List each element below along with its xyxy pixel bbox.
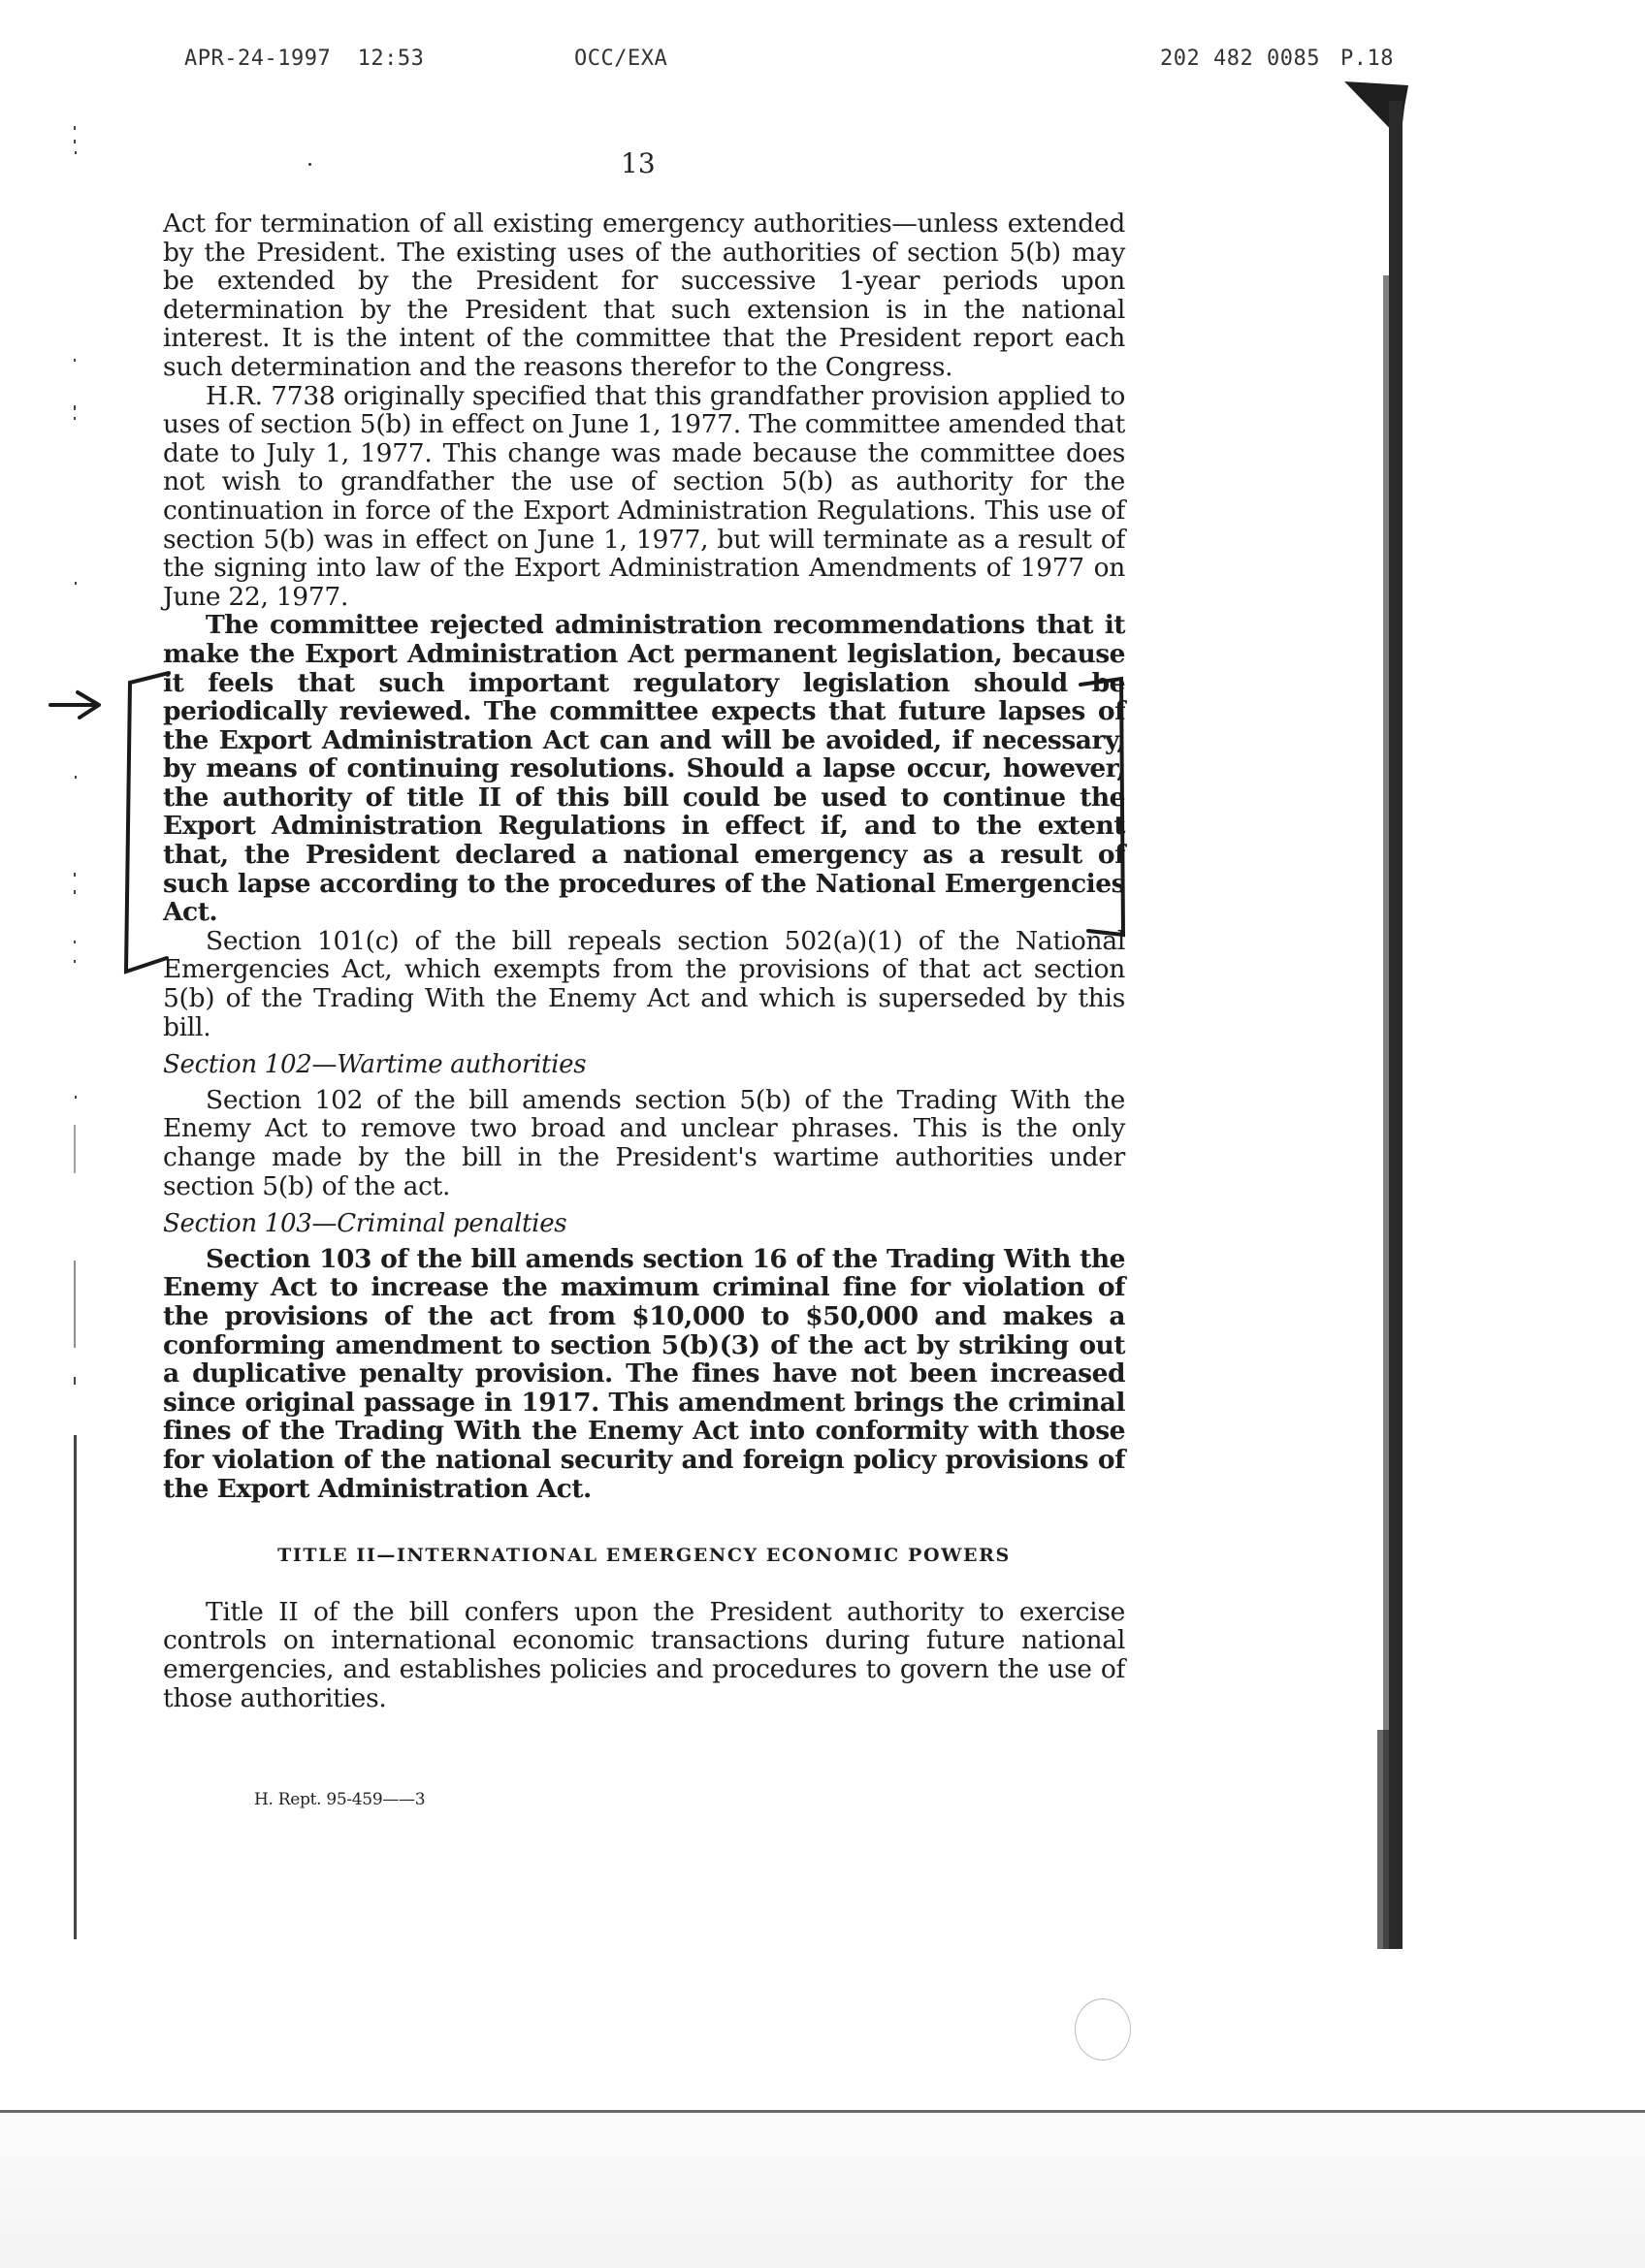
fax-datetime: APR-24-1997 12:53 — [184, 47, 424, 71]
section-heading: Section 103—Criminal penalties — [163, 1210, 1125, 1239]
fax-header: APR-24-1997 12:53 OCC/EXA 202 482 0085 P… — [0, 47, 1645, 76]
scanner-background — [0, 2113, 1645, 2268]
paragraph: Title II of the bill confers upon the Pr… — [163, 1598, 1125, 1712]
page-number: 13 — [621, 147, 654, 179]
paragraph: Section 102 of the bill amends section 5… — [163, 1086, 1125, 1200]
document-body: Act for termination of all existing emer… — [163, 209, 1125, 1712]
speck — [308, 163, 311, 166]
title-heading: TITLE II—INTERNATIONAL EMERGENCY ECONOMI… — [163, 1542, 1125, 1571]
paragraph: H.R. 7738 originally specified that this… — [163, 382, 1125, 612]
paragraph: Section 101(c) of the bill repeals secti… — [163, 927, 1125, 1041]
section-heading: Section 102—Wartime authorities — [163, 1051, 1125, 1080]
stray-circle-mark — [1075, 1998, 1131, 2060]
bracketed-paragraph: The committee rejected administration re… — [163, 611, 1125, 927]
scan-edge-shadow — [1344, 81, 1412, 1949]
fax-sender-id: OCC/EXA — [574, 47, 667, 71]
fax-page: P.18 — [1340, 47, 1394, 71]
scanned-page: APR-24-1997 12:53 OCC/EXA 202 482 0085 P… — [0, 0, 1645, 2113]
scan-margin-specks — [68, 97, 81, 1959]
paragraph: Section 103 of the bill amends section 1… — [163, 1245, 1125, 1503]
fax-phone: 202 482 0085 — [1160, 47, 1320, 71]
report-reference: H. Rept. 95-459——3 — [254, 1790, 425, 1809]
paragraph: Act for termination of all existing emer… — [163, 209, 1125, 382]
